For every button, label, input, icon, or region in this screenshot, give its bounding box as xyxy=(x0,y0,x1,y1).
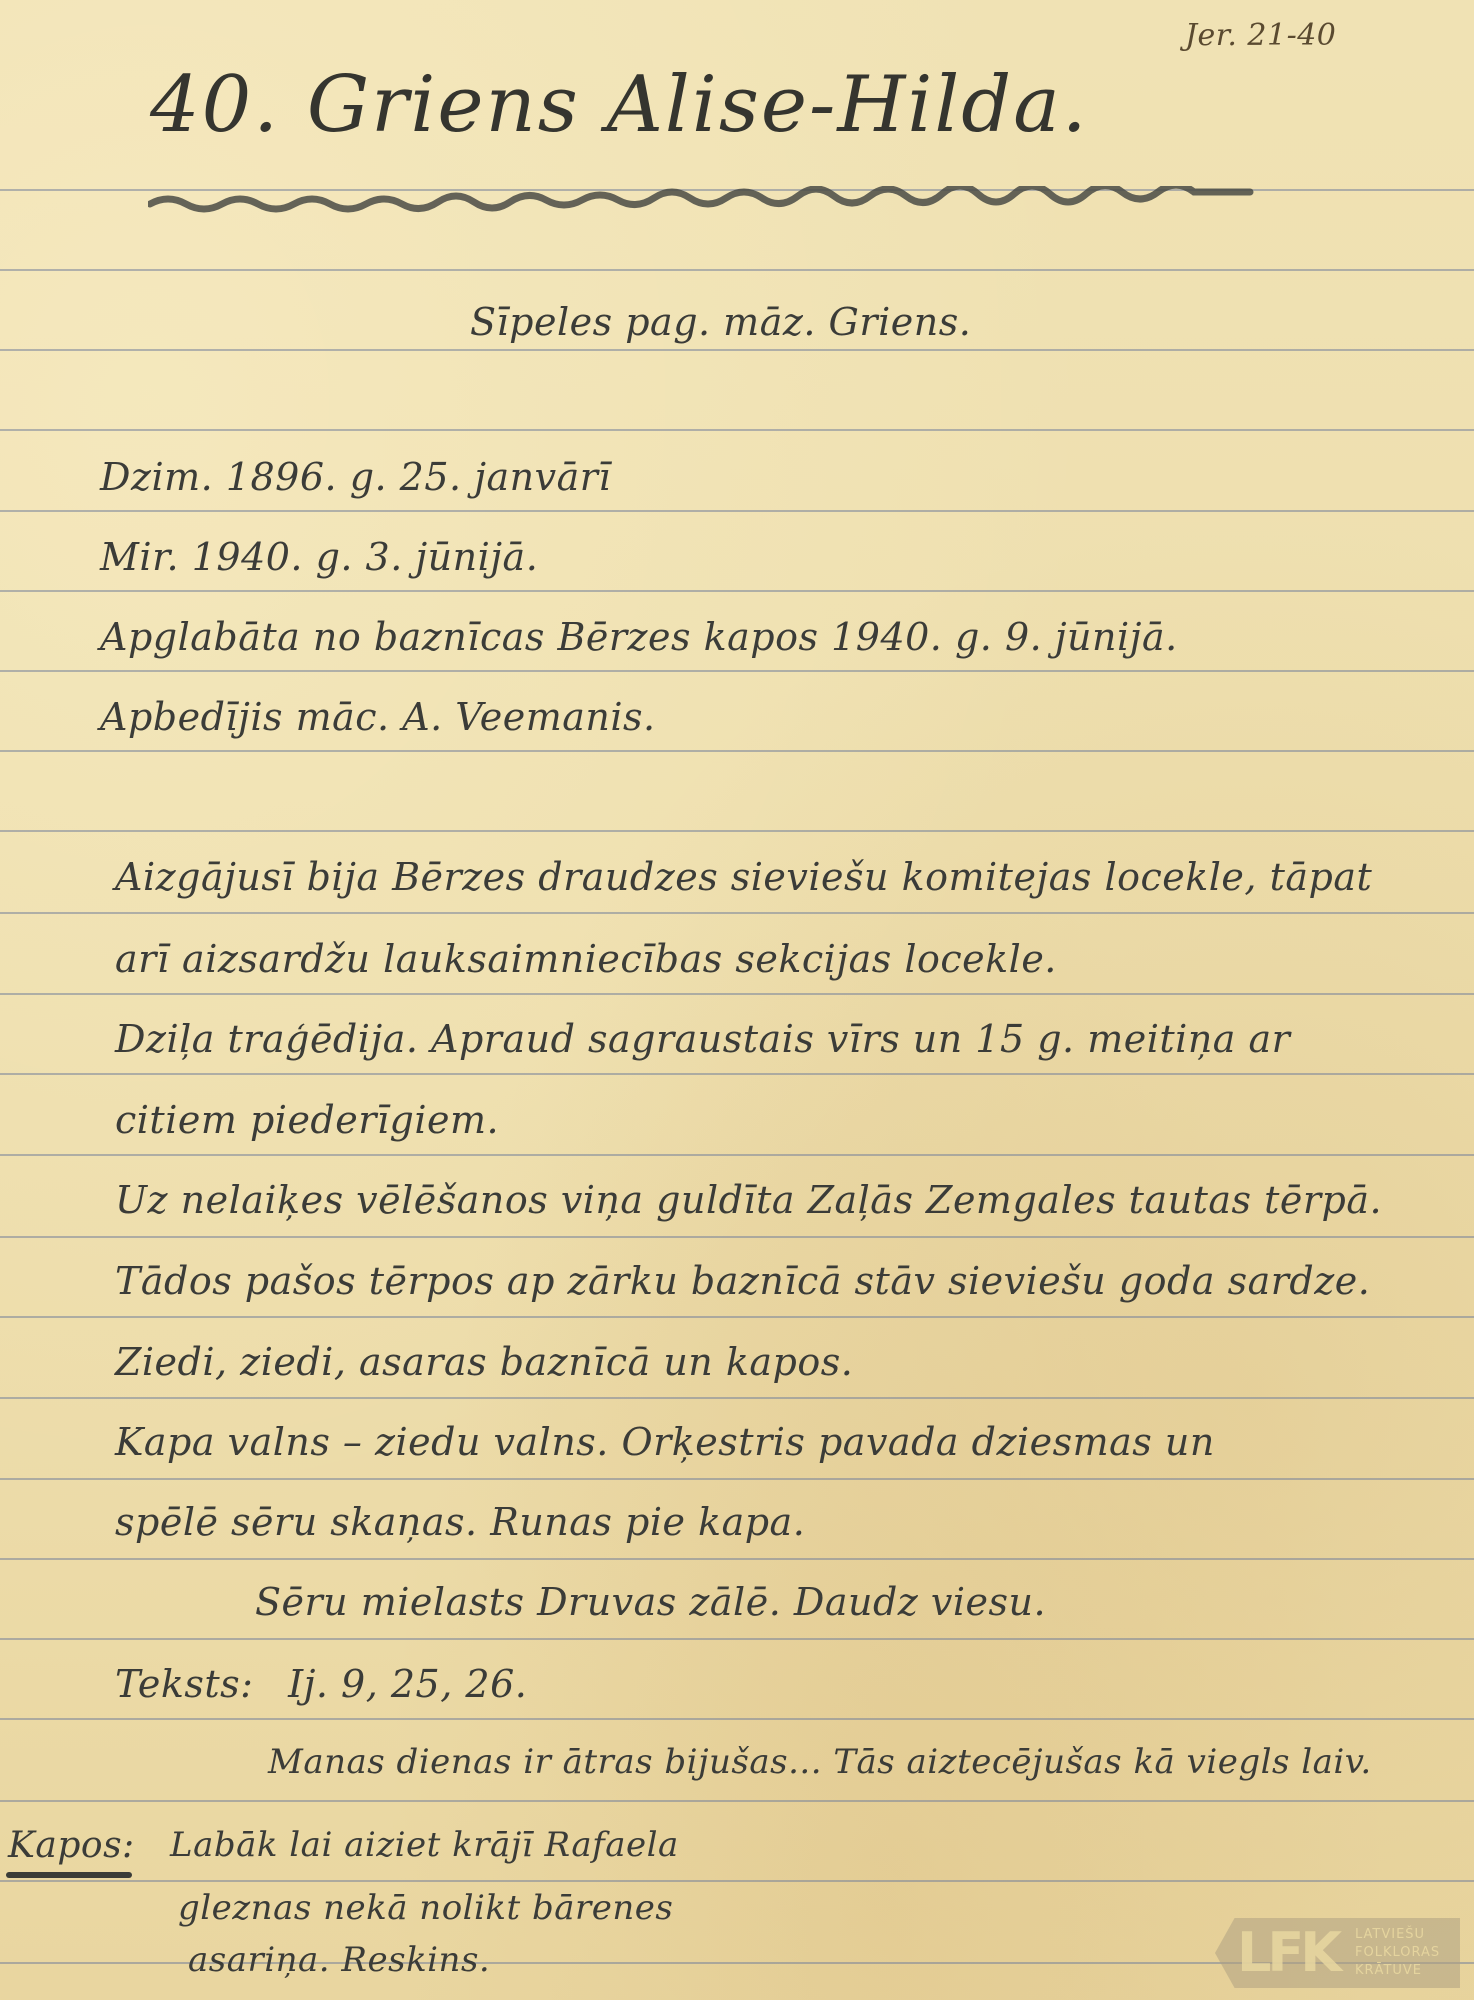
kapos-line: Labāk lai aiziet krājī Rafaela xyxy=(170,1825,679,1865)
sermon-quote: Manas dienas ir ātras bijušas... Tās aiz… xyxy=(268,1742,1372,1782)
archive-watermark: LFK LATVIEŠU FOLKLORAS KRĀTUVE xyxy=(1215,1918,1460,1988)
rule-line xyxy=(0,1800,1474,1802)
narrative-line: Uz nelaiķes vēlēšanos viņa guldīta Zaļās… xyxy=(115,1178,1382,1222)
location-subtitle: Sīpeles pag. māz. Griens. xyxy=(470,300,971,344)
rule-line xyxy=(0,269,1474,271)
narrative-line: Aizgājusī bija Bērzes draudzes sieviešu … xyxy=(115,855,1372,899)
rule-line xyxy=(0,1478,1474,1480)
birth-record: Dzim. 1896. g. 25. janvārī xyxy=(100,455,611,499)
rule-line xyxy=(0,1558,1474,1560)
rule-line xyxy=(0,1718,1474,1720)
rule-line xyxy=(0,1073,1474,1075)
kapos-line: gleznas nekā nolikt bārenes xyxy=(178,1888,673,1928)
officiant-record: Apbedījis māc. A. Veemanis. xyxy=(100,695,656,739)
kapos-line: asariņa. Reskins. xyxy=(188,1940,490,1980)
manuscript-page: Jer. 21-40 40. Griens Alise-Hilda. Sīpel… xyxy=(0,0,1474,2000)
burial-record: Apglabāta no baznīcas Bērzes kapos 1940.… xyxy=(100,615,1178,659)
rule-line xyxy=(0,1236,1474,1238)
narrative-line: Ziedi, ziedi, asaras baznīcā un kapos. xyxy=(115,1340,853,1384)
narrative-line: Kapa valns – ziedu valns. Orķestris pava… xyxy=(115,1420,1215,1464)
narrative-line: Dziļa traģēdija. Apraud sagraustais vīrs… xyxy=(115,1017,1290,1061)
archive-name: LATVIEŠU FOLKLORAS KRĀTUVE xyxy=(1355,1926,1440,1980)
rule-line xyxy=(0,510,1474,512)
rule-line xyxy=(0,429,1474,431)
rule-line xyxy=(0,912,1474,914)
archive-logo-icon: LFK xyxy=(1237,1924,1338,1982)
narrative-line: Sēru mielasts Druvas zālē. Daudz viesu. xyxy=(255,1580,1046,1624)
sermon-text-label: Teksts: xyxy=(115,1662,254,1706)
rule-line xyxy=(0,1638,1474,1640)
narrative-line: citiem piederīgiem. xyxy=(115,1098,499,1142)
rule-line xyxy=(0,1397,1474,1399)
rule-line xyxy=(0,670,1474,672)
rule-line xyxy=(0,993,1474,995)
death-record: Mir. 1940. g. 3. jūnijā. xyxy=(100,535,538,579)
sermon-text-verse: Ij. 9, 25, 26. xyxy=(288,1662,527,1706)
rule-line xyxy=(0,1880,1474,1882)
kapos-underline xyxy=(6,1872,132,1878)
rule-line xyxy=(0,830,1474,832)
rule-line xyxy=(0,750,1474,752)
narrative-line: spēlē sēru skaņas. Runas pie kapa. xyxy=(115,1500,805,1544)
corner-date: Jer. 21-40 xyxy=(1185,18,1336,53)
rule-line xyxy=(0,1154,1474,1156)
narrative-line: Tādos pašos tērpos ap zārku baznīcā stāv… xyxy=(115,1259,1370,1303)
rule-line xyxy=(0,590,1474,592)
title-wavy-underline xyxy=(148,186,1254,216)
kapos-label: Kapos: xyxy=(8,1825,135,1866)
page-title: 40. Griens Alise-Hilda. xyxy=(150,60,1089,150)
narrative-line: arī aizsardžu lauksaimniecības sekcijas … xyxy=(115,937,1057,981)
rule-line xyxy=(0,349,1474,351)
rule-line xyxy=(0,1316,1474,1318)
sermon-text-reference: Teksts: Ij. 9, 25, 26. xyxy=(115,1662,527,1706)
